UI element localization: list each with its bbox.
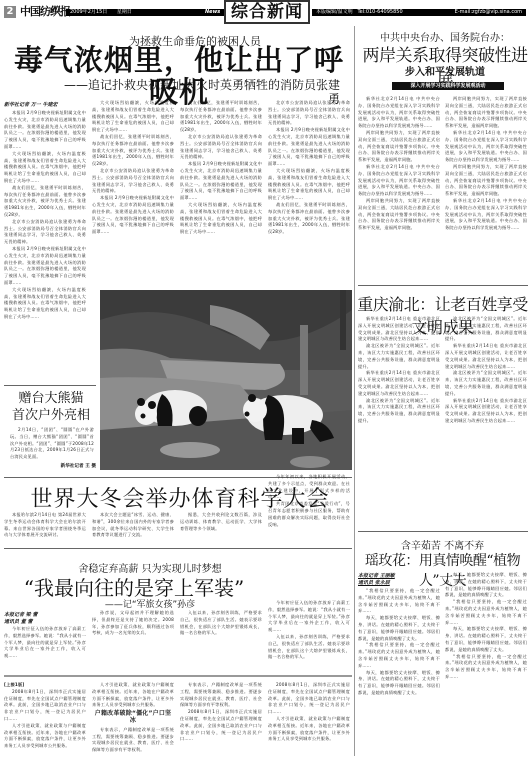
vegetable-column-1: “我相信只要坚持，他一定会醒过来。”瑶玫花的丈夫因意外成为植物人，她含辛茹苦照顾…	[358, 588, 440, 760]
sport-column-2: 本次大会主题是“冰雪、运动、健康、和谐”，300余位来自国内外的专家学者参加会议…	[92, 512, 174, 544]
newspaper-logo: 中国纺织报	[20, 3, 70, 19]
issue-weekday: 星期日	[117, 9, 132, 15]
army-column-4: 今年初应征入伍的孙彦放弃了高薪工作，毅然选择参军。她说：“我从小就有一个军人梦，…	[268, 600, 350, 670]
panda-photo-credit: 新华社记者 王 摄	[10, 463, 96, 469]
lead-byline: 新华社记者 万一 牛建宏	[4, 101, 57, 108]
community-story-body: 今年年初以来，各地积极开展活动。共建了多个示范点，受到群众欢迎。在社区文化建设中…	[268, 474, 350, 540]
hukou-column-4: 2008年8月1日，深圳市正式实施居住证制度，率先在全国试点户籍管理制度改革。此…	[268, 682, 350, 762]
army-column-1: 今年初应征入伍的孙彦放弃了高薪工作，毅然选择参军。她说：“我从小就有一个军人梦，…	[4, 626, 86, 670]
lead-column-3: 战友们回忆，张建勇平时训练刻苦，每次执行任务都冲在最前面。他曾多次参加重大火灾扑…	[180, 100, 262, 286]
taiwan-column-2: 两岸同胞共同努力，实现了两岸直接双向全面三通，大陆居民赴台旅游正式启动，两会恢复…	[445, 96, 527, 280]
army-deck: ——记“军旅女孩”孙彦	[80, 597, 220, 610]
issue-date: 2009年2月15日	[70, 9, 107, 15]
sport-column-1: 本报哈尔滨2月14日电 第24届世界大学生冬季运动会体育科学大会在哈尔滨开幕。来…	[4, 512, 86, 544]
hukou-subhead: 户籍改革破除“僵化”户口坚冰	[92, 711, 174, 725]
section-divider	[358, 285, 528, 286]
hukou-column-2: 人才引进政策、就业政策与户籍制度改革相互衔接。近年来，各地在户籍改革方面不断探索…	[92, 682, 174, 762]
sport-column-3: 据悉，大会共收到论文数百篇，涉及运动训练、体育教学、运动医学、大学体育管理等多个…	[180, 512, 262, 544]
masthead-contact-bar: 本版编辑/温文明 Tel:010-64095850 E-mail:zgfzb@v…	[312, 9, 526, 16]
chongqing-column-1: 新华社重庆2月14日电 重庆市渝北区深入开展文明城区创建活动，让老百姓享受文明成…	[358, 316, 440, 528]
taiwan-deck: 步入和平发展轨道	[360, 63, 530, 78]
masthead-date-bar: 2009年2月15日 星期日	[66, 9, 226, 16]
section-divider	[4, 675, 352, 677]
news-tag: News	[205, 9, 220, 16]
email-address: E-mail:zgfzb@vip.sina.com	[455, 9, 522, 16]
vegetable-column-2: 每天，她都要给丈夫按摩、喂饭、擦身、讲话。在她的精心照料下，丈夫终于有了意识，能…	[445, 572, 527, 760]
hukou-column-3: 专家表示，户籍制度改革是一项系统工程，需要统筹兼顾、稳步推进。要逐步实现城乡居民…	[180, 682, 262, 762]
section-divider	[358, 531, 528, 532]
campaign-banner: 深入开展学习实践科学发展观活动	[392, 82, 504, 90]
chongqing-column-2: 渝北区被评为“全国文明城区”。近年来，该区大力实施惠民工程，改善社区环境，完善公…	[445, 316, 527, 528]
section-divider	[4, 385, 96, 386]
decorative-slashes: ////	[50, 5, 59, 15]
vegetable-byline-reporter: 本报记者 王丽敏	[358, 572, 395, 579]
lead-column-4: 北京市公安消防局追认张建勇为革命烈士。公安部消防局号召全体消防官兵向张建勇同志学…	[268, 100, 350, 286]
column-divider	[354, 26, 355, 756]
editor-credit: 本版编辑/温文明 Tel:010-64095850	[316, 9, 403, 16]
panda-headline: 赠台大熊猫 首次户外亮相	[4, 390, 98, 424]
army-column-3: 入伍以来，孙彦刻苦训练，严格要求自己，很快适应了部队生活。她表示要珍惜机会，在部…	[180, 610, 262, 670]
taiwan-column-1: 新华社北京2月14日电 中共中央台办、国务院台办党组在深入学习实践科学发展观活动…	[358, 96, 440, 280]
army-byline-correspondent: 通讯员 董 蕾	[4, 618, 32, 625]
lead-column-2: 大火现场烈焰翻滚，火场内温度极高，张建勇和战友们冒着生命危险进入大楼搜救被困人员…	[92, 100, 174, 286]
hukou-column-1: [上接1版] 2008年8月1日，深圳市正式实施居住证制度，率先在全国试点户籍管…	[4, 682, 86, 762]
vegetable-byline-correspondent: 通讯员 张永辰	[358, 579, 390, 586]
section-title: 综合新闻	[224, 0, 310, 24]
lead-column-1: 本报讯 2月9日晚央视新址附属文化中心发生火灾，北京市消防局迅速调集力量前往扑救…	[4, 110, 86, 372]
continued-label: [上接1版]	[4, 682, 86, 689]
panda-photo	[100, 290, 352, 470]
army-column-2: 孙彦说，父母起初并不理解她的选择，但最终还是支持了她的决定。2008年，孙彦参加…	[92, 610, 174, 670]
panda-body: 2月14日，“团团”、“圆圆”在户外游玩。当日，赠台大熊猫“团团”、“圆圆”首次…	[10, 427, 94, 463]
section-divider	[4, 548, 352, 549]
page-number: 2	[4, 6, 16, 18]
army-byline-reporter: 本报记者 梁 蕾	[4, 611, 37, 618]
